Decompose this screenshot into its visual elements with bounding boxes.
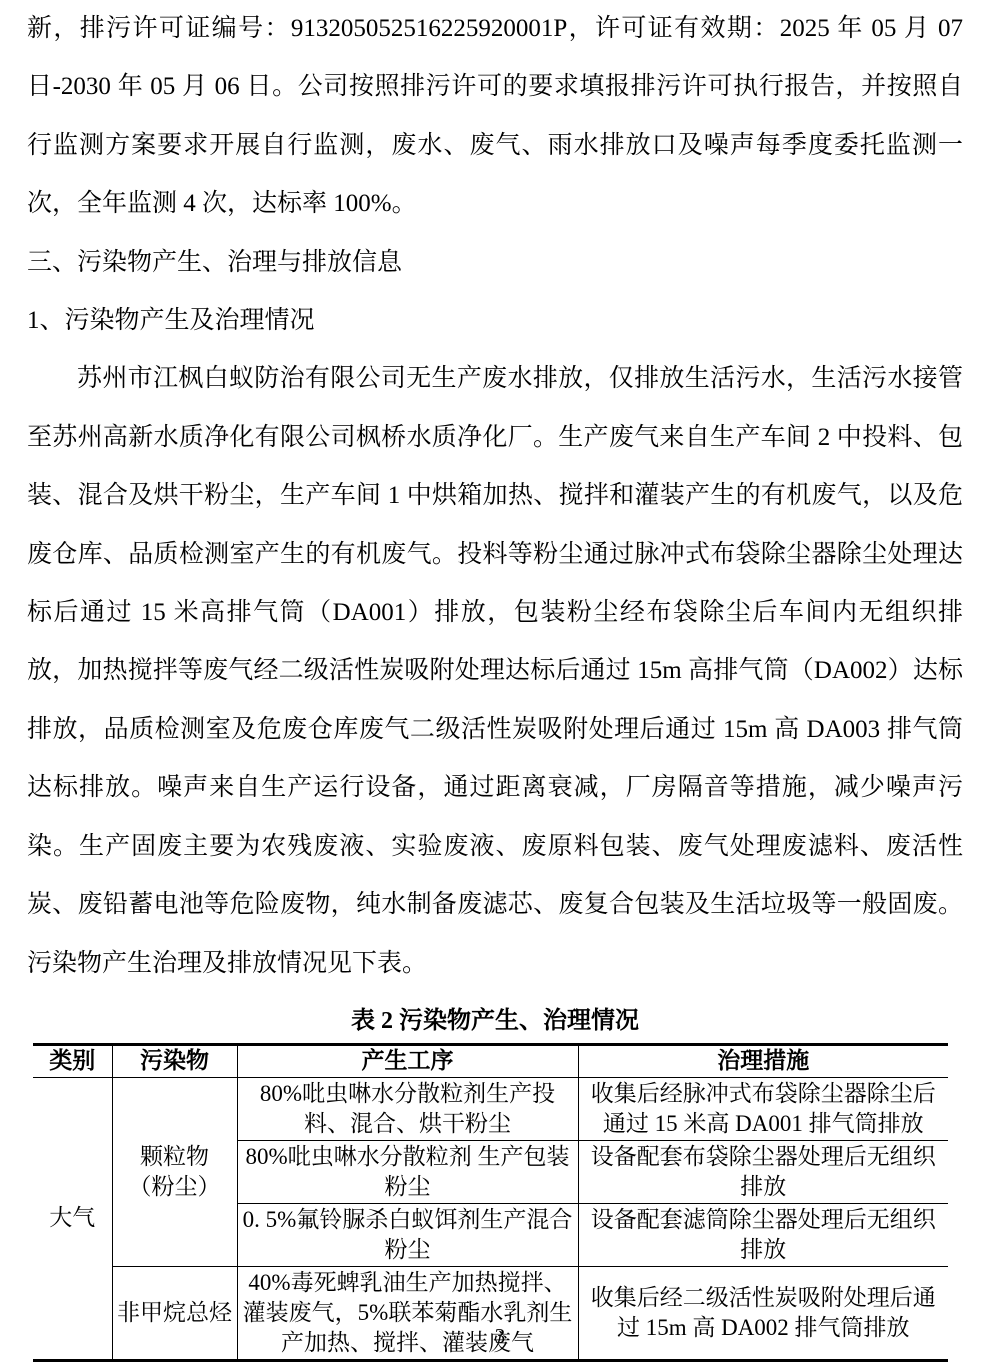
table-title: 表 2 污染物产生、治理情况 xyxy=(27,1005,963,1037)
cell-process: 80%吡虫啉水分散粒剂 生产包装粉尘 xyxy=(237,1140,578,1203)
document-page: 新，排污许可证编号：913205052516225920001P，许可证有效期：… xyxy=(0,0,1000,1372)
cell-measure: 设备配套布袋除尘器处理后无组织排放 xyxy=(578,1140,948,1203)
table-row: 大气 颗粒物 （粉尘） 80%吡虫啉水分散粒剂生产投料、混合、烘干粉尘 收集后经… xyxy=(33,1077,948,1140)
table-header-row: 类别 污染物 产生工序 治理措施 xyxy=(33,1044,948,1077)
pollution-table: 类别 污染物 产生工序 治理措施 大气 颗粒物 （粉尘） 80%吡虫啉水分散粒剂… xyxy=(33,1043,948,1362)
paragraph-main: 苏州市江枫白蚁防治有限公司无生产废水排放，仅排放生活污水，生活污水接管至苏州高新… xyxy=(27,350,963,992)
subsection-heading: 1、污染物产生及治理情况 xyxy=(27,292,963,350)
document-body: 新，排污许可证编号：913205052516225920001P，许可证有效期：… xyxy=(27,0,963,1362)
cell-measure: 收集后经脉冲式布袋除尘器除尘后通过 15 米高 DA001 排气筒排放 xyxy=(578,1077,948,1140)
col-header-measure: 治理措施 xyxy=(578,1044,948,1077)
page-number: 3 xyxy=(0,1322,1000,1350)
cell-measure: 设备配套滤筒除尘器处理后无组织排放 xyxy=(578,1203,948,1266)
col-header-category: 类别 xyxy=(33,1044,112,1077)
cell-process: 0. 5%氟铃脲杀白蚁饵剂生产混合粉尘 xyxy=(237,1203,578,1266)
cell-category: 大气 xyxy=(33,1077,112,1360)
cell-process: 80%吡虫啉水分散粒剂生产投料、混合、烘干粉尘 xyxy=(237,1077,578,1140)
col-header-process: 产生工序 xyxy=(237,1044,578,1077)
section-heading: 三、污染物产生、治理与排放信息 xyxy=(27,234,963,292)
cell-pollutant-particulate: 颗粒物 （粉尘） xyxy=(112,1077,237,1266)
paragraph-continued: 新，排污许可证编号：913205052516225920001P，许可证有效期：… xyxy=(27,0,963,234)
col-header-pollutant: 污染物 xyxy=(112,1044,237,1077)
